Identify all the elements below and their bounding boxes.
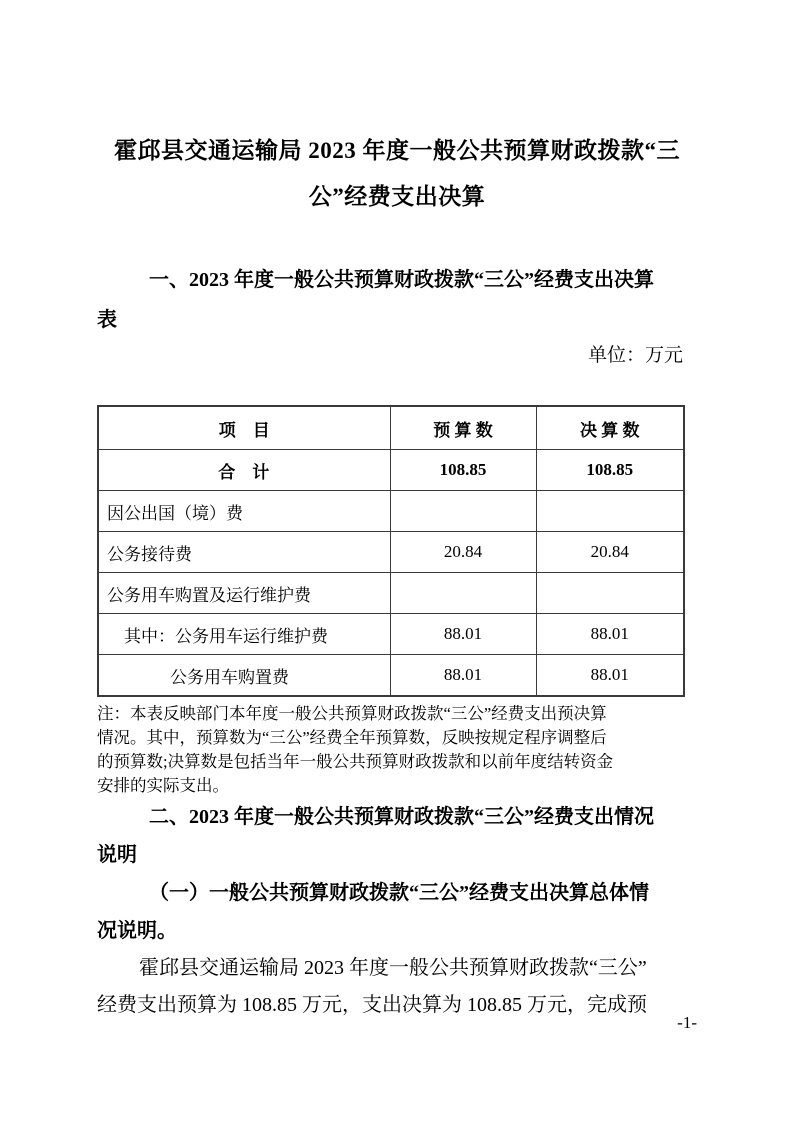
budget-value: 88.01 bbox=[390, 614, 536, 655]
document-page: 霍邱县交通运输局 2023 年度一般公共预算财政拨款“三 公”经费支出决算 一、… bbox=[0, 0, 793, 1122]
row-label: 其中：公务用车运行维护费 bbox=[98, 614, 390, 655]
final-value: 88.01 bbox=[536, 655, 684, 697]
row-label: 公务用车购置及运行维护费 bbox=[98, 573, 390, 614]
row-label: 因公出国（境）费 bbox=[98, 491, 390, 532]
unit-label: 单位：万元 bbox=[97, 340, 697, 372]
table-note-line1: 注：本表反映部门本年度一般公共预算财政拨款“三公”经费支出预决算 bbox=[97, 702, 697, 726]
section1-heading: 一、2023 年度一般公共预算财政拨款“三公”经费支出决算 表 bbox=[97, 260, 697, 340]
section2-paragraph1-line2: 经费支出预算为 108.85 万元，支出决算为 108.85 万元，完成预 bbox=[97, 987, 697, 1024]
column-header-item: 项 目 bbox=[98, 406, 390, 450]
table-row-vehicle-purchase: 公务用车购置费 88.01 88.01 bbox=[98, 655, 684, 697]
final-value: 108.85 bbox=[536, 450, 684, 491]
three-public-expense-table: 项 目 预 算 数 决 算 数 合 计 108.85 108.85 因公出国（境… bbox=[97, 405, 685, 697]
section2-paragraph1-line1: 霍邱县交通运输局 2023 年度一般公共预算财政拨款“三公” bbox=[97, 950, 697, 987]
table-note-line3: 的预算数;决算数是包括当年一般公共预算财政拨款和以前年度结转资金 bbox=[97, 750, 697, 774]
row-label: 合 计 bbox=[98, 450, 390, 491]
section2-paragraph1: 霍邱县交通运输局 2023 年度一般公共预算财政拨款“三公” 经费支出预算为 1… bbox=[97, 950, 697, 1024]
table-note-line4: 安排的实际支出。 bbox=[97, 774, 697, 798]
column-header-final: 决 算 数 bbox=[536, 406, 684, 450]
section2-sub1-line2: 况说明。 bbox=[97, 912, 697, 950]
section2-heading-line1: 二、2023 年度一般公共预算财政拨款“三公”经费支出情况 bbox=[97, 798, 697, 836]
table-note: 注：本表反映部门本年度一般公共预算财政拨款“三公”经费支出预决算 情况。其中，预… bbox=[97, 702, 697, 798]
table-note-line2: 情况。其中，预算数为“三公”经费全年预算数，反映按规定程序调整后 bbox=[97, 726, 697, 750]
row-label: 公务用车购置费 bbox=[98, 655, 390, 697]
budget-value bbox=[390, 491, 536, 532]
table-row-abroad: 因公出国（境）费 bbox=[98, 491, 684, 532]
section1-heading-line2: 表 bbox=[97, 300, 697, 340]
section2-heading: 二、2023 年度一般公共预算财政拨款“三公”经费支出情况 说明 bbox=[97, 798, 697, 874]
table-header-row: 项 目 预 算 数 决 算 数 bbox=[98, 406, 684, 450]
table-row-vehicle-total: 公务用车购置及运行维护费 bbox=[98, 573, 684, 614]
budget-value: 20.84 bbox=[390, 532, 536, 573]
row-label: 公务接待费 bbox=[98, 532, 390, 573]
final-value bbox=[536, 573, 684, 614]
final-value bbox=[536, 491, 684, 532]
section2-heading-line2: 说明 bbox=[97, 836, 697, 874]
section2-sub1-heading: （一）一般公共预算财政拨款“三公”经费支出决算总体情 况说明。 bbox=[97, 874, 697, 950]
final-value: 88.01 bbox=[536, 614, 684, 655]
budget-value: 108.85 bbox=[390, 450, 536, 491]
budget-value bbox=[390, 573, 536, 614]
table-row-total: 合 计 108.85 108.85 bbox=[98, 450, 684, 491]
final-value: 20.84 bbox=[536, 532, 684, 573]
section1-heading-line1: 一、2023 年度一般公共预算财政拨款“三公”经费支出决算 bbox=[97, 260, 697, 300]
column-header-budget: 预 算 数 bbox=[390, 406, 536, 450]
budget-value: 88.01 bbox=[390, 655, 536, 697]
document-title-line2: 公”经费支出决算 bbox=[97, 174, 697, 220]
section2-sub1-line1: （一）一般公共预算财政拨款“三公”经费支出决算总体情 bbox=[97, 874, 697, 912]
document-content: 霍邱县交通运输局 2023 年度一般公共预算财政拨款“三 公”经费支出决算 一、… bbox=[0, 128, 793, 1032]
table-row-vehicle-maintenance: 其中：公务用车运行维护费 88.01 88.01 bbox=[98, 614, 684, 655]
table-row-reception: 公务接待费 20.84 20.84 bbox=[98, 532, 684, 573]
document-title-line1: 霍邱县交通运输局 2023 年度一般公共预算财政拨款“三 bbox=[97, 128, 697, 174]
document-title: 霍邱县交通运输局 2023 年度一般公共预算财政拨款“三 公”经费支出决算 bbox=[97, 128, 697, 220]
